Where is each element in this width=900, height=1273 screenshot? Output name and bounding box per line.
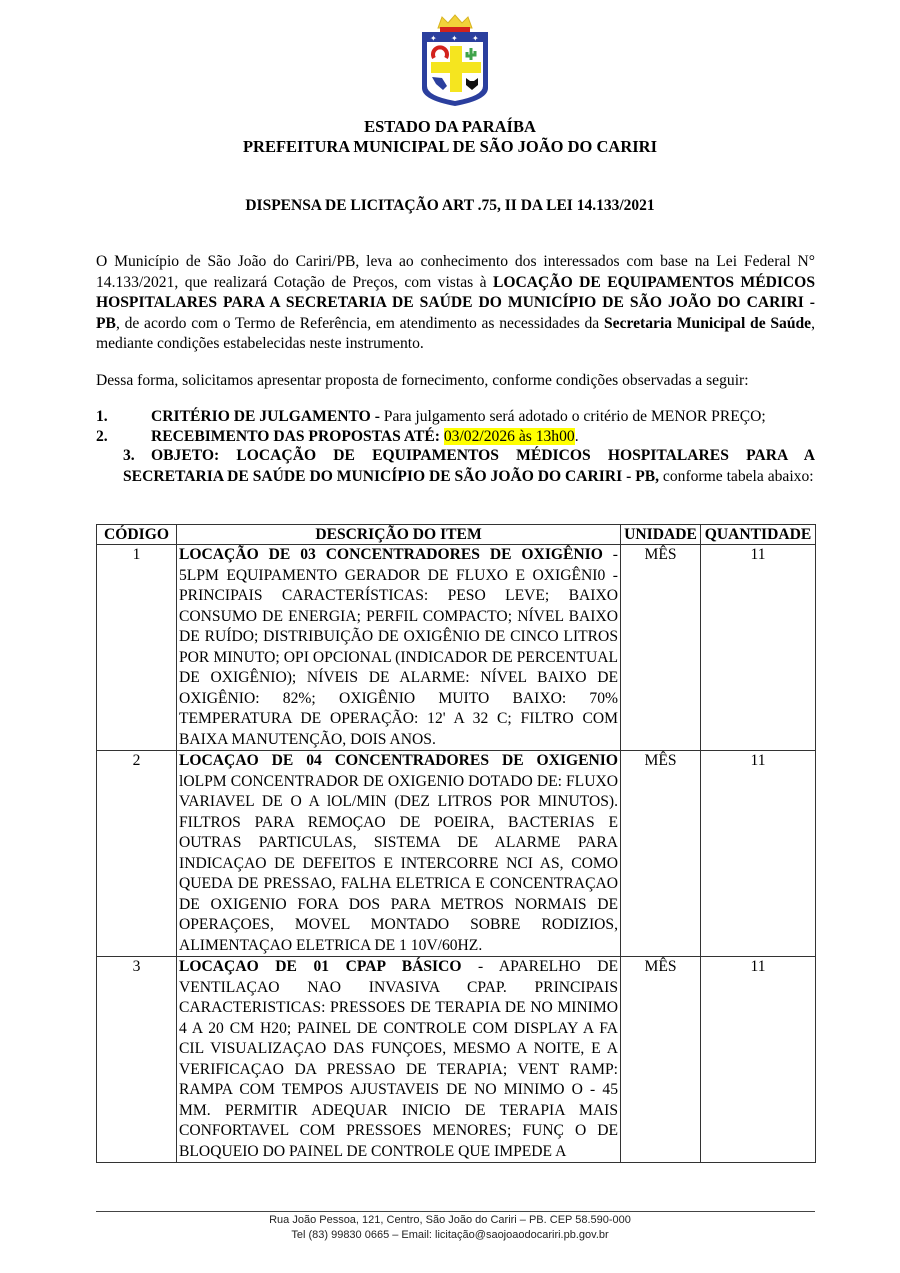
list-item-criterio: 1.CRITÉRIO DE JULGAMENTO - Para julgamen…	[96, 407, 766, 426]
deadline-highlight: 03/02/2026 às 13h00	[444, 428, 575, 445]
intro-secretaria-bold: Secretaria Municipal de Saúde	[604, 315, 811, 332]
cell-description: LOCAÇAO DE 01 CPAP BÁSICO - APARELHO DE …	[177, 957, 621, 1163]
list-text: conforme tabela abaixo:	[659, 468, 814, 485]
list-text: .	[575, 428, 579, 445]
svg-text:✦: ✦	[472, 34, 479, 43]
list-number: 1.	[96, 407, 151, 426]
cell-code: 2	[97, 751, 177, 957]
cell-quantity: 11	[701, 751, 816, 957]
cell-description: LOCAÇAO DE 04 CONCENTRADORES DE OXIGENIO…	[177, 751, 621, 957]
table-row: 3 LOCAÇAO DE 01 CPAP BÁSICO - APARELHO D…	[97, 957, 816, 1163]
header-quantidade: QUANTIDADE	[701, 525, 816, 545]
list-text: Para julgamento será adotado o critério …	[384, 408, 766, 425]
list-item-objeto: 3.OBJETO: LOCAÇÃO DE EQUIPAMENTOS MÉDICO…	[123, 446, 815, 487]
state-heading: ESTADO DA PARAÍBA	[0, 117, 900, 137]
svg-text:✦: ✦	[430, 34, 437, 43]
header-descricao: DESCRIÇÃO DO ITEM	[177, 525, 621, 545]
intro-paragraph: O Município de São João do Cariri/PB, le…	[96, 252, 815, 355]
intro-text-2: , de acordo com o Termo de Referência, e…	[116, 315, 604, 332]
coat-of-arms-icon: ✦ ✦ ✦	[416, 14, 494, 110]
list-label: CRITÉRIO DE JULGAMENTO -	[151, 408, 384, 425]
table-row: 1 LOCAÇÃO DE 03 CONCENTRADORES DE OXIGÊN…	[97, 545, 816, 751]
item-title: LOCAÇAO DE 01 CPAP BÁSICO	[179, 958, 462, 975]
footer-address: Rua João Pessoa, 121, Centro, São João d…	[0, 1213, 900, 1228]
footer-contact: Tel (83) 99830 0665 – Email: licitação@s…	[0, 1228, 900, 1243]
cell-quantity: 11	[701, 957, 816, 1163]
document-title: DISPENSA DE LICITAÇÃO ART .75, II DA LEI…	[0, 197, 900, 215]
cell-description: LOCAÇÃO DE 03 CONCENTRADORES DE OXIGÊNIO…	[177, 545, 621, 751]
item-details: lOLPM CONCENTRADOR DE OXIGENIO DOTADO DE…	[179, 773, 618, 954]
table-row: 2 LOCAÇAO DE 04 CONCENTRADORES DE OXIGEN…	[97, 751, 816, 957]
items-table: CÓDIGO DESCRIÇÃO DO ITEM UNIDADE QUANTID…	[96, 524, 816, 1163]
header-codigo: CÓDIGO	[97, 525, 177, 545]
coat-of-arms-logo: ✦ ✦ ✦	[416, 14, 494, 110]
item-details: - 5LPM EQUIPAMENTO GERADOR DE FLUXO E OX…	[179, 546, 618, 748]
cell-unit: MÊS	[621, 957, 701, 1163]
cell-code: 1	[97, 545, 177, 751]
list-item-recebimento: 2.RECEBIMENTO DAS PROPOSTAS ATÉ: 03/02/2…	[96, 427, 579, 446]
item-details: - APARELHO DE VENTILAÇAO NAO INVASIVA CP…	[179, 958, 618, 1160]
cell-quantity: 11	[701, 545, 816, 751]
list-label: RECEBIMENTO DAS PROPOSTAS ATÉ:	[151, 428, 444, 445]
item-title: LOCAÇÃO DE 03 CONCENTRADORES DE OXIGÊNIO	[179, 546, 603, 563]
cell-code: 3	[97, 957, 177, 1163]
header-unidade: UNIDADE	[621, 525, 701, 545]
municipality-heading: PREFEITURA MUNICIPAL DE SÃO JOÃO DO CARI…	[0, 137, 900, 157]
footer-divider	[96, 1211, 815, 1212]
list-number: 3.	[123, 446, 151, 467]
table-header-row: CÓDIGO DESCRIÇÃO DO ITEM UNIDADE QUANTID…	[97, 525, 816, 545]
page-footer: Rua João Pessoa, 121, Centro, São João d…	[0, 1213, 900, 1243]
svg-text:✦: ✦	[451, 34, 458, 43]
item-title: LOCAÇAO DE 04 CONCENTRADORES DE OXIGENIO	[179, 752, 618, 769]
cell-unit: MÊS	[621, 751, 701, 957]
list-number: 2.	[96, 427, 151, 446]
lead-paragraph: Dessa forma, solicitamos apresentar prop…	[96, 371, 749, 391]
cell-unit: MÊS	[621, 545, 701, 751]
